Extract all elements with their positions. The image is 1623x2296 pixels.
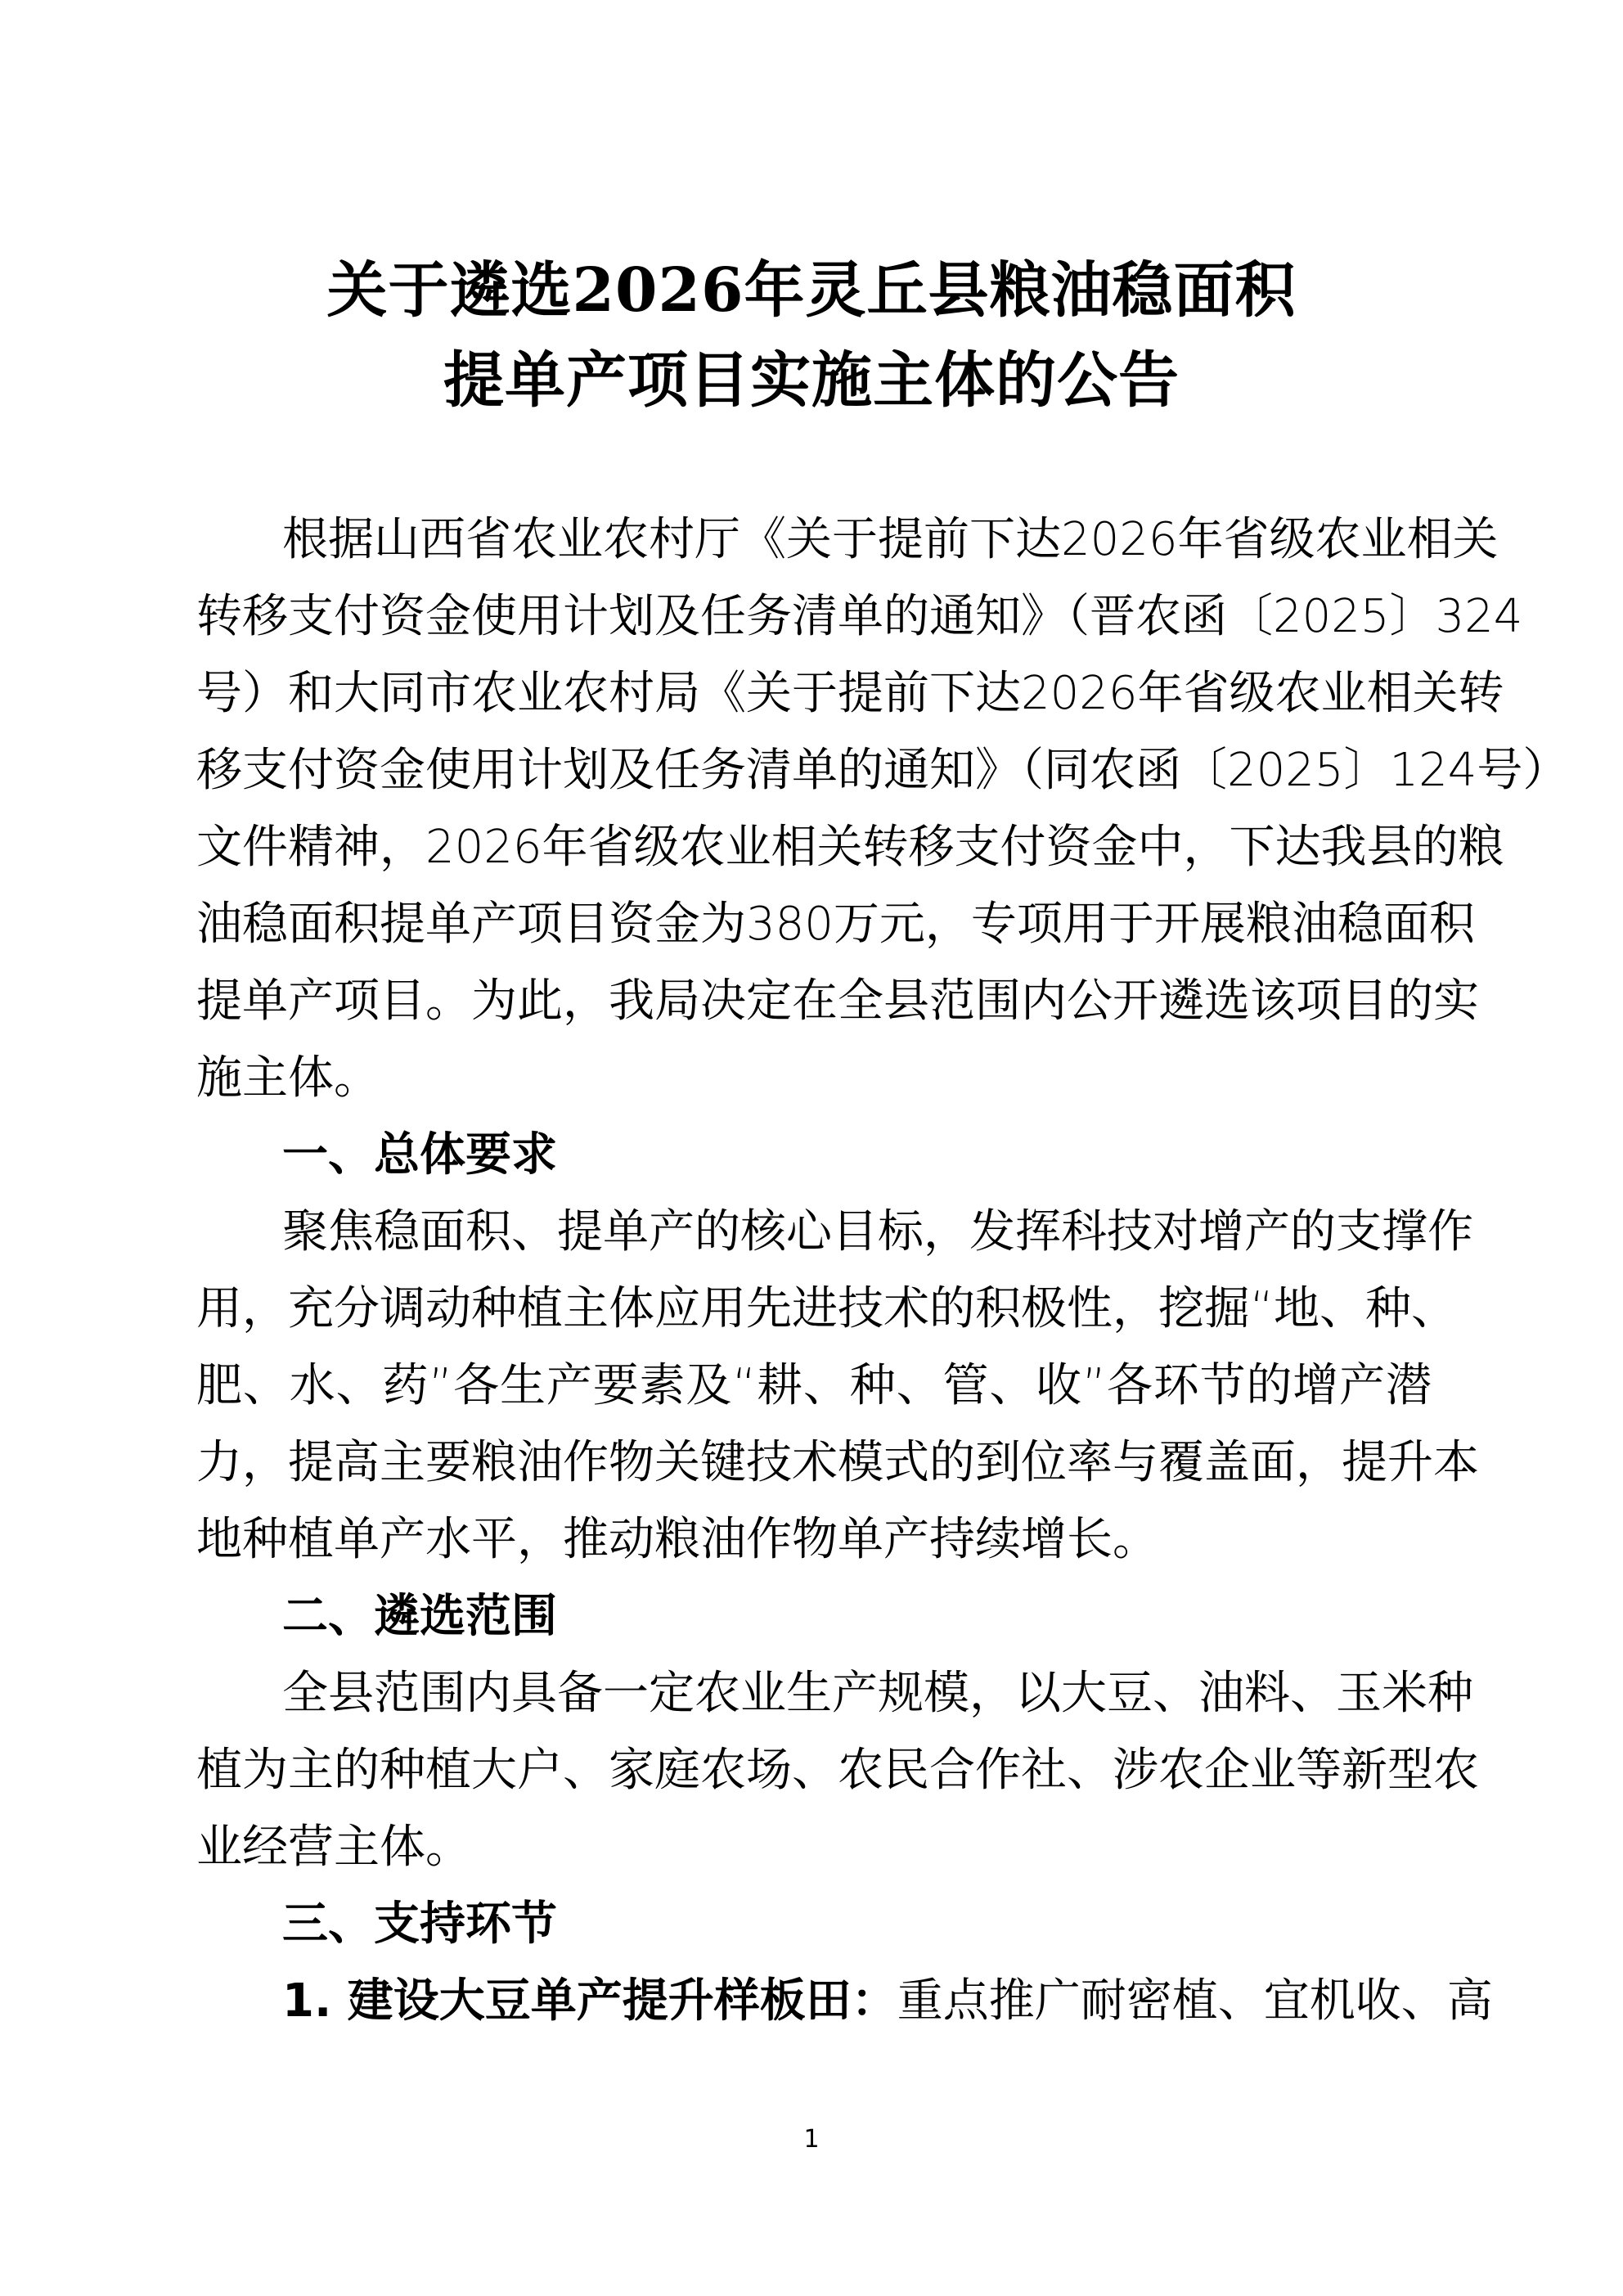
intro-line: 根据山西省农业农村厅《关于提前下达2026年省级农业相关 — [282, 507, 1432, 573]
intro-line: 号）和大同市农业农村局《关于提前下达2026年省级农业相关转 — [196, 661, 1432, 727]
document-title-line-2: 提单产项目实施主体的公告 — [0, 340, 1623, 421]
intro-line: 文件精神，2026年省级农业相关转移支付资金中，下达我县的粮 — [196, 815, 1432, 880]
section-line: 肥、水、药”各生产要素及“耕、种、管、收”各环节的增产潜 — [196, 1353, 1432, 1419]
section-line: 植为主的种植大户、家庭农场、农民合作社、涉农企业等新型农 — [196, 1738, 1432, 1803]
section-line: 地种植单产水平，推动粮油作物单产持续增长。 — [196, 1507, 1432, 1573]
document-title-line-1: 关于遴选2026年灵丘县粮油稳面积 — [0, 250, 1623, 331]
intro-line: 转移支付资金使用计划及任务清单的通知》（晋农函〔2025〕324 — [196, 584, 1432, 650]
section-heading-general-requirements: 一、总体要求 — [282, 1123, 557, 1188]
section-heading-support-links: 三、支持环节 — [282, 1892, 557, 1957]
intro-line: 提单产项目。为此，我局决定在全县范围内公开遴选该项目的实 — [196, 969, 1432, 1034]
support-item-text: 重点推广耐密植、宜机收、高 — [897, 1974, 1493, 2028]
section-line: 用，充分调动种植主体应用先进技术的积极性，挖掘“地、种、 — [196, 1276, 1432, 1342]
support-item-1: 1. 建设大豆单产提升样板田：重点推广耐密植、宜机收、高 — [282, 1969, 1432, 2034]
intro-line: 油稳面积提单产项目资金为380万元，专项用于开展粮油稳面积 — [196, 892, 1432, 957]
section-line: 聚焦稳面积、提单产的核心目标，发挥科技对增产的支撑作 — [282, 1200, 1432, 1265]
section-line: 业经营主体。 — [196, 1815, 1432, 1880]
section-line: 力，提高主要粮油作物关键技术模式的到位率与覆盖面，提升本 — [196, 1430, 1432, 1496]
section-heading-selection-scope: 二、遴选范围 — [282, 1584, 557, 1650]
document-page: 关于遴选2026年灵丘县粮油稳面积 提单产项目实施主体的公告 根据山西省农业农村… — [0, 0, 1623, 2296]
support-item-label: 1. 建设大豆单产提升样板田： — [282, 1974, 897, 2028]
intro-line: 施主体。 — [196, 1046, 1432, 1111]
page-number: 1 — [0, 2123, 1623, 2156]
intro-line: 移支付资金使用计划及任务清单的通知》（同农函〔2025〕124号） — [196, 738, 1432, 804]
section-line: 全县范围内具备一定农业生产规模，以大豆、油料、玉米种 — [282, 1661, 1432, 1727]
